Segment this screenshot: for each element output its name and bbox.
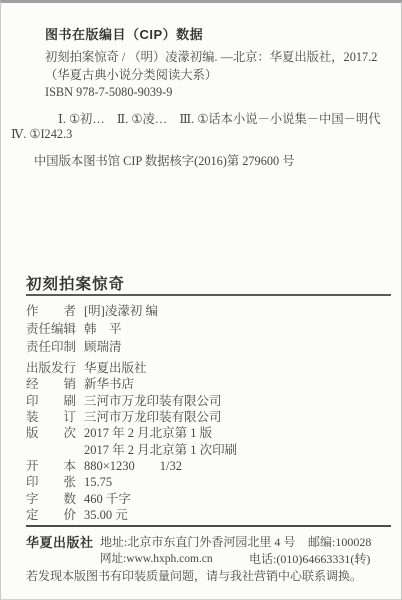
pub-row-printer: 印 刷 三河市万龙印装有限公司 — [26, 393, 237, 409]
field-value: 三河市万龙印装有限公司 — [84, 409, 222, 425]
field-label: 责任编辑 — [26, 320, 76, 338]
pub-row-format: 开 本 880×1230 1/32 — [26, 458, 237, 474]
credit-row-author: 作 者 [明]凌濛初 编 — [26, 302, 158, 320]
field-label — [26, 442, 76, 458]
field-label: 出版发行 — [26, 360, 76, 376]
cip-classification-line1: Ⅰ. ①初… Ⅱ. ①凌… Ⅲ. ①话本小说－小说集－中国－明代 — [58, 109, 381, 127]
footer-postcode: 邮编:100028 — [308, 533, 371, 550]
footer-rule-divider — [26, 525, 391, 527]
cip-description: 初刻拍案惊奇 / （明）凌濛初编. —北京：华夏出版社，2017.2 （华夏古典… — [45, 49, 377, 102]
pub-row-binder: 装 订 三河市万龙印装有限公司 — [26, 409, 237, 425]
field-value: 460 千字 — [84, 491, 131, 507]
pub-row-printing: 2017 年 2 月北京第 1 次印刷 — [26, 442, 237, 458]
pub-row-edition: 版 次 2017 年 2 月北京第 1 版 — [26, 425, 237, 441]
field-label: 印 张 — [26, 474, 76, 490]
cip-classification-line2: Ⅳ. ①I242.3 — [11, 127, 72, 142]
field-value: [明]凌濛初 编 — [84, 302, 158, 320]
field-label: 装 订 — [26, 409, 76, 425]
footer-phone: 电话:(010)64663331(转) — [249, 550, 370, 567]
footer-address: 地址:北京市东直门外香河园北里 4 号 — [100, 533, 295, 550]
field-label: 字 数 — [26, 491, 76, 507]
title-rule-divider — [26, 294, 391, 296]
cip-registry-number: 中国版本图书馆 CIP 数据核字(2016)第 279600 号 — [34, 151, 295, 169]
field-value: 880×1230 1/32 — [84, 458, 182, 474]
footer-quality-notice: 若发现本版图书有印装质量问题，请与我社营销中心联系调换。 — [26, 567, 362, 584]
footer-publisher-name: 华夏出版社 — [26, 532, 94, 551]
field-value: 2017 年 2 月北京第 1 版 — [84, 425, 212, 441]
pub-row-distributor: 经 销 新华书店 — [26, 376, 237, 392]
field-value: 三河市万龙印装有限公司 — [84, 393, 222, 409]
field-label: 定 价 — [26, 507, 76, 523]
field-value: 韩 平 — [84, 320, 122, 338]
footer-website: 网址:www.hxph.com.cn — [100, 550, 213, 566]
field-value: 35.00 元 — [84, 507, 128, 523]
field-value: 华夏出版社 — [84, 360, 147, 376]
field-label: 版 次 — [26, 425, 76, 441]
field-value: 顾瑞清 — [84, 338, 122, 356]
cip-heading: 图书在版编目（CIP）数据 — [45, 24, 203, 43]
pub-row-word-count: 字 数 460 千字 — [26, 491, 237, 507]
field-value: 新华书店 — [84, 376, 134, 392]
publication-table: 出版发行 华夏出版社 经 销 新华书店 印 刷 三河市万龙印装有限公司 装 订 … — [26, 360, 237, 523]
cip-series-line: （华夏古典小说分类阅读大系） — [45, 67, 377, 85]
field-label: 作 者 — [26, 302, 76, 320]
credit-row-print-supervisor: 责任印制 顾瑞清 — [26, 338, 158, 356]
pub-row-price: 定 价 35.00 元 — [26, 507, 237, 523]
pub-row-publisher: 出版发行 华夏出版社 — [26, 360, 237, 376]
field-label: 经 销 — [26, 376, 76, 392]
pub-row-sheets: 印 张 15.75 — [26, 474, 237, 490]
field-label: 印 刷 — [26, 393, 76, 409]
credits-table: 作 者 [明]凌濛初 编 责任编辑 韩 平 责任印制 顾瑞清 — [26, 302, 158, 357]
cip-title-line: 初刻拍案惊奇 / （明）凌濛初编. —北京：华夏出版社，2017.2 — [45, 49, 377, 67]
field-value: 15.75 — [84, 474, 112, 490]
field-label: 责任印制 — [26, 338, 76, 356]
copyright-page: 图书在版编目（CIP）数据 初刻拍案惊奇 / （明）凌濛初编. —北京：华夏出版… — [0, 0, 402, 600]
book-title: 初刻拍案惊奇 — [26, 272, 125, 294]
field-value: 2017 年 2 月北京第 1 次印刷 — [84, 442, 237, 458]
credit-row-editor: 责任编辑 韩 平 — [26, 320, 158, 338]
field-label: 开 本 — [26, 458, 76, 474]
cip-isbn-line: ISBN 978-7-5080-9039-9 — [45, 84, 377, 102]
